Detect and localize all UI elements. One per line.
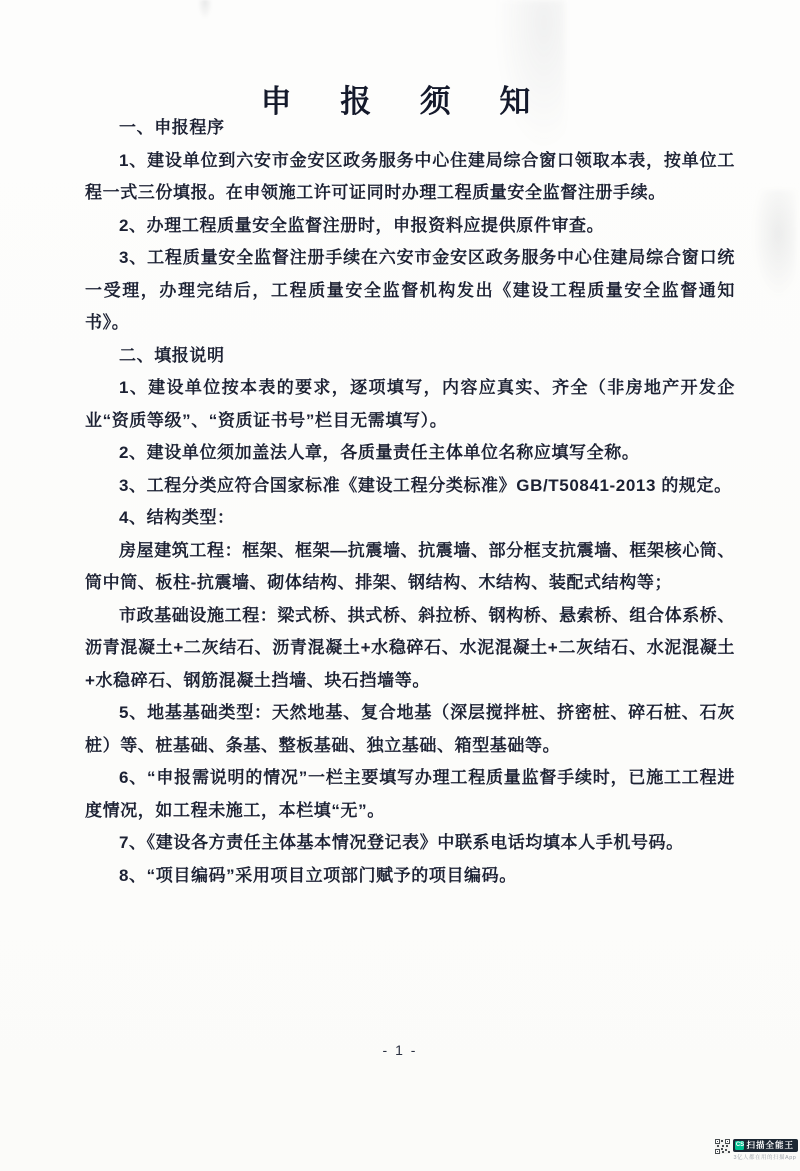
camscanner-tagline: 3亿人都在用的扫描App [733, 1153, 796, 1161]
paragraph: 1、建设单位到六安市金安区政务服务中心住建局综合窗口领取本表，按单位工程一式三份… [85, 145, 735, 210]
camscanner-badge: CS 扫描全能王 [733, 1139, 798, 1152]
scanned-document-page: 申 报 须 知 一、申报程序 1、建设单位到六安市金安区政务服务中心住建局综合窗… [0, 0, 800, 1171]
notice-body: 一、申报程序 1、建设单位到六安市金安区政务服务中心住建局综合窗口领取本表，按单… [85, 112, 735, 892]
section-2-heading: 二、填报说明 [85, 340, 735, 373]
paragraph: 2、建设单位须加盖法人章，各质量责任主体单位名称应填写全称。 [85, 437, 735, 470]
paragraph: 6、“申报需说明的情况”一栏主要填写办理工程质量监督手续时，已施工工程进度情况，… [85, 762, 735, 827]
camscanner-watermark: CS 扫描全能王 3亿人都在用的扫描App [715, 1139, 798, 1161]
qr-code-icon [715, 1139, 730, 1154]
scan-smudge [752, 190, 796, 300]
paragraph: 1、建设单位按本表的要求，逐项填写，内容应真实、齐全（非房地产开发企业“资质等级… [85, 372, 735, 437]
camscanner-app-name: 扫描全能王 [746, 1140, 794, 1151]
paragraph: 5、地基基础类型：天然地基、复合地基（深层搅拌桩、挤密桩、碎石桩、石灰桩）等、桩… [85, 697, 735, 762]
paragraph: 市政基础设施工程：梁式桥、拱式桥、斜拉桥、钢构桥、悬索桥、组合体系桥、沥青混凝土… [85, 600, 735, 698]
page-number: - 1 - [0, 1042, 800, 1058]
paragraph: 8、“项目编码”采用项目立项部门赋予的项目编码。 [85, 860, 735, 893]
camscanner-logo-icon: CS [735, 1141, 744, 1150]
paragraph: 3、工程质量安全监督注册手续在六安市金安区政务服务中心住建局综合窗口统一受理，办… [85, 242, 735, 340]
paragraph: 4、结构类型： [85, 502, 735, 535]
section-1-heading: 一、申报程序 [85, 112, 735, 145]
paragraph: 7、《建设各方责任主体基本情况登记表》中联系电话均填本人手机号码。 [85, 827, 735, 860]
paragraph: 2、办理工程质量安全监督注册时，申报资料应提供原件审查。 [85, 210, 735, 243]
paragraph: 房屋建筑工程：框架、框架—抗震墙、抗震墙、部分框支抗震墙、框架核心筒、筒中筒、板… [85, 535, 735, 600]
paragraph: 3、工程分类应符合国家标准《建设工程分类标准》GB/T50841-2013 的规… [85, 470, 735, 503]
scan-smudge [198, 0, 212, 18]
